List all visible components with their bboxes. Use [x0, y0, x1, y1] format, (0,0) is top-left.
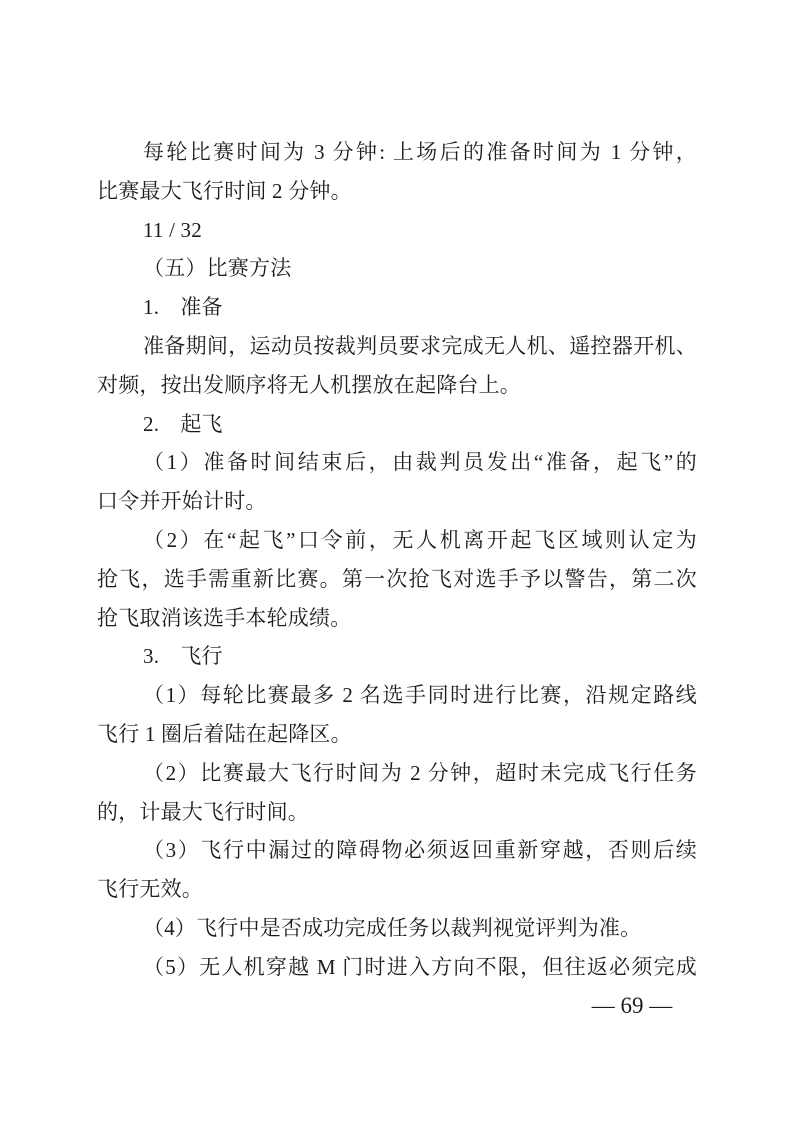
- section-heading-line: （五）比赛方法: [97, 249, 697, 288]
- text-line: 飞行无效。: [97, 870, 697, 909]
- subsection-heading-line: 1. 准备: [97, 288, 697, 327]
- document-page: { "page": { "background_color": "#ffffff…: [0, 0, 794, 1122]
- text-line: 抢飞，选手需重新比赛。第一次抢飞对选手予以警告，第二次: [97, 560, 697, 599]
- text-line: （2）比赛最大飞行时间为 2 分钟，超时未完成飞行任务: [97, 754, 697, 793]
- text-line: （4）飞行中是否成功完成任务以裁判视觉评判为准。: [97, 909, 697, 948]
- text-line: 比赛最大飞行时间 2 分钟。: [97, 172, 697, 211]
- text-line: （1）每轮比赛最多 2 名选手同时进行比赛，沿规定路线: [97, 676, 697, 715]
- text-line: （2）在“起飞”口令前，无人机离开起飞区域则认定为: [97, 521, 697, 560]
- text-line: 对频，按出发顺序将无人机摆放在起降台上。: [97, 366, 697, 405]
- text-line: 每轮比赛时间为 3 分钟: 上场后的准备时间为 1 分钟，: [97, 133, 697, 172]
- page-number: — 69 —: [558, 991, 706, 1021]
- page-indicator-line: 11 / 32: [97, 211, 697, 250]
- subsection-heading-line: 2. 起飞: [97, 405, 697, 444]
- subsection-heading-line: 3. 飞行: [97, 637, 697, 676]
- text-line: （1）准备时间结束后，由裁判员发出“准备，起飞”的: [97, 443, 697, 482]
- text-line: （5）无人机穿越 M 门时进入方向不限，但往返必须完成: [97, 948, 697, 987]
- document-body: 每轮比赛时间为 3 分钟: 上场后的准备时间为 1 分钟， 比赛最大飞行时间 2…: [97, 133, 697, 987]
- text-line: （3）飞行中漏过的障碍物必须返回重新穿越，否则后续: [97, 831, 697, 870]
- text-line: 的，计最大飞行时间。: [97, 793, 697, 832]
- text-line: 飞行 1 圈后着陆在起降区。: [97, 715, 697, 754]
- text-line: 抢飞取消该选手本轮成绩。: [97, 599, 697, 638]
- text-line: 口令并开始计时。: [97, 482, 697, 521]
- text-line: 准备期间，运动员按裁判员要求完成无人机、遥控器开机、: [97, 327, 697, 366]
